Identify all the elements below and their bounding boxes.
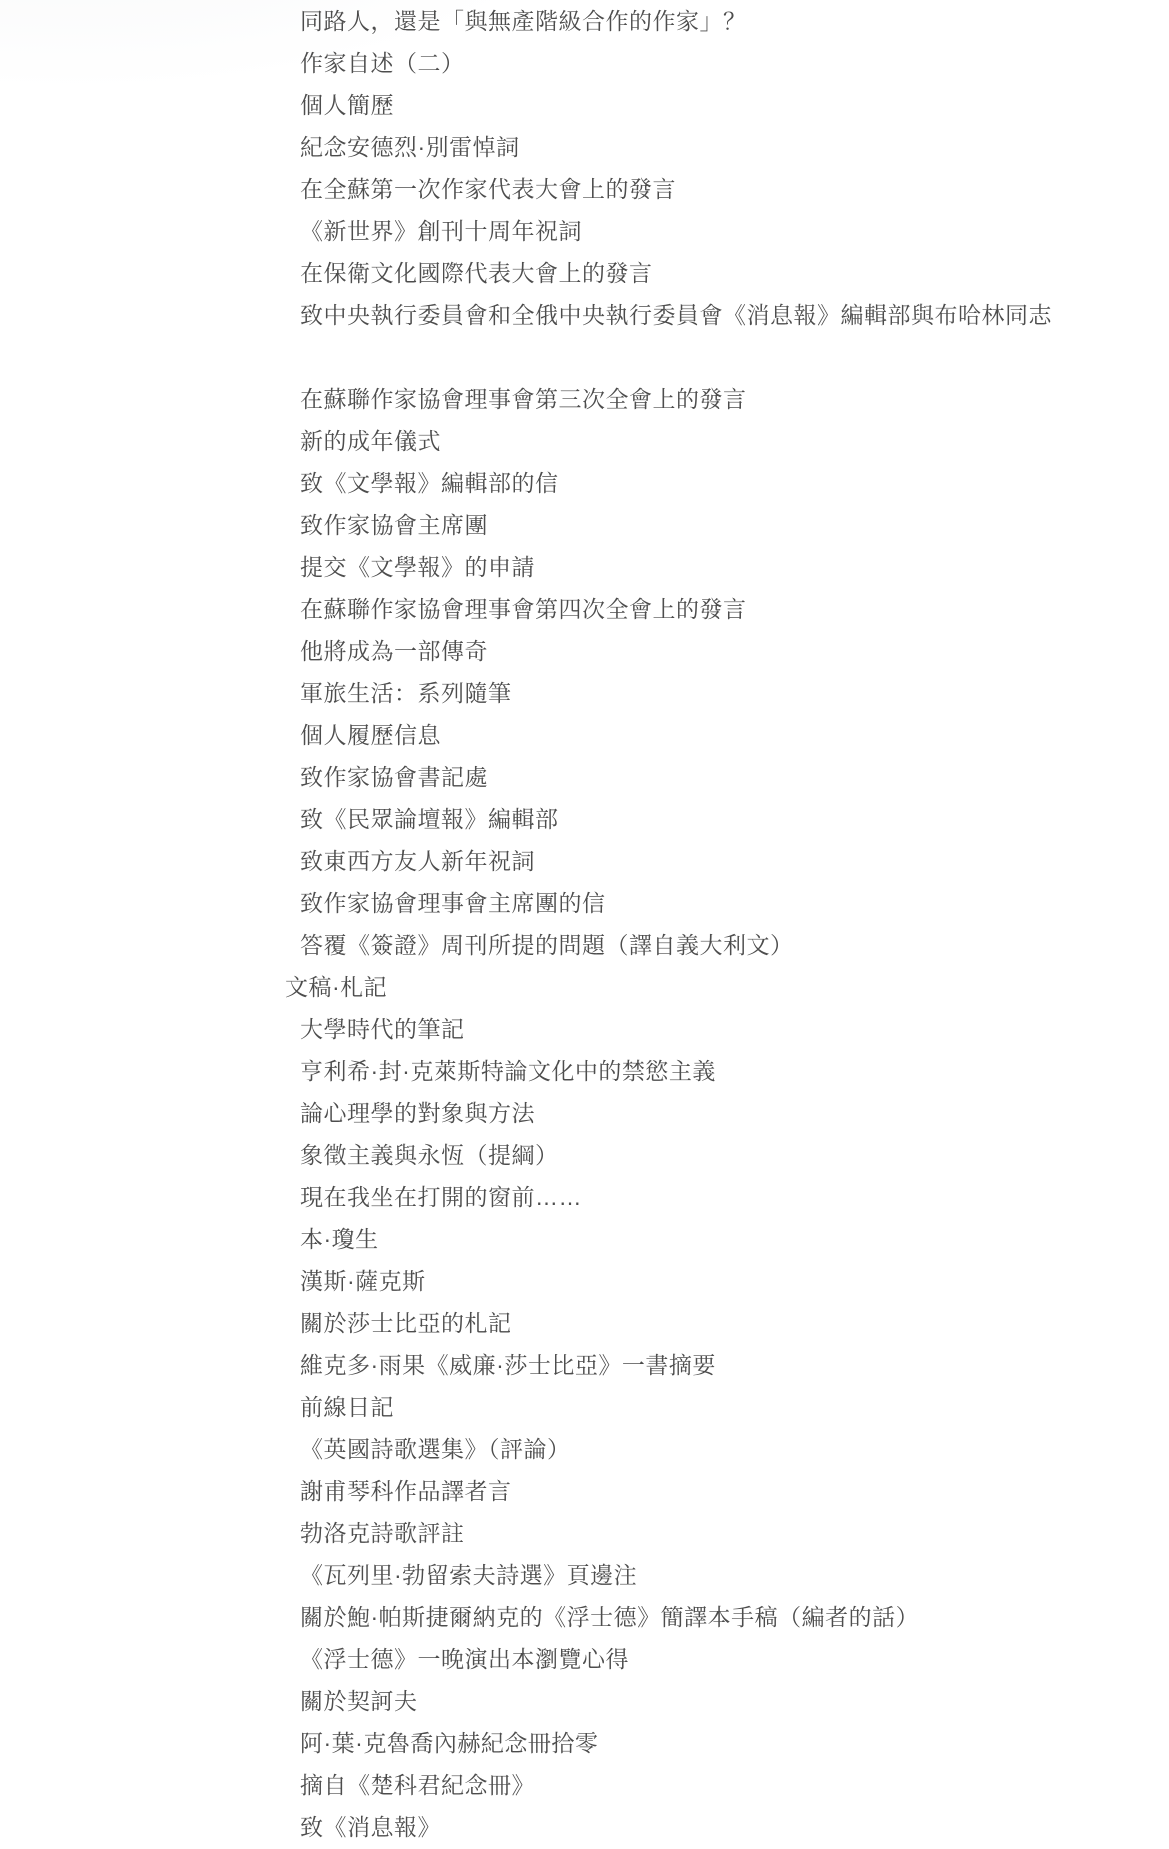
toc-item-label: 《浮士德》一晚演出本瀏覽心得 bbox=[300, 1646, 629, 1672]
toc-item[interactable]: 致東西方友人新年祝詞 bbox=[285, 840, 1145, 882]
toc-item[interactable]: 關於鮑·帕斯捷爾納克的《浮士德》簡譯本手稿（編者的話） bbox=[285, 1596, 1145, 1638]
toc-section-header-label: 文稿·札記 bbox=[285, 974, 387, 1000]
toc-item[interactable]: 亨利希·封·克萊斯特論文化中的禁慾主義 bbox=[285, 1050, 1145, 1092]
toc-item-label: 關於契訶夫 bbox=[300, 1688, 418, 1714]
toc-item-label: 《瓦列里·勃留索夫詩選》頁邊注 bbox=[300, 1562, 637, 1588]
toc-item-label: 阿·葉·克魯喬內赫紀念冊拾零 bbox=[300, 1730, 598, 1756]
toc-item-label: 致作家協會書記處 bbox=[300, 764, 488, 790]
toc-item-label: 亨利希·封·克萊斯特論文化中的禁慾主義 bbox=[300, 1058, 716, 1084]
toc-item[interactable]: 《瓦列里·勃留索夫詩選》頁邊注 bbox=[285, 1554, 1145, 1596]
toc-item-label: 致《民眾論壇報》編輯部 bbox=[300, 806, 559, 832]
toc-item[interactable]: 勃洛克詩歌評註 bbox=[285, 1512, 1145, 1554]
toc-item[interactable]: 關於莎士比亞的札記 bbox=[285, 1302, 1145, 1344]
toc-item-label: 前線日記 bbox=[300, 1394, 394, 1420]
toc-section-header[interactable]: 文稿·札記 bbox=[285, 966, 1145, 1008]
toc-item-label: 漢斯·薩克斯 bbox=[300, 1268, 426, 1294]
toc-item[interactable]: 新的成年儀式 bbox=[285, 420, 1145, 462]
toc-item-label: 致作家協會理事會主席團的信 bbox=[300, 890, 606, 916]
toc-item[interactable]: 同路人，還是「與無產階級合作的作家」？ bbox=[285, 0, 1145, 42]
toc-item[interactable]: 致作家協會理事會主席團的信 bbox=[285, 882, 1145, 924]
toc-item-label: 《新世界》創刊十周年祝詞 bbox=[300, 218, 582, 244]
toc-item-label: 關於鮑·帕斯捷爾納克的《浮士德》簡譯本手稿（編者的話） bbox=[300, 1604, 919, 1630]
toc-item[interactable]: 致作家協會主席團 bbox=[285, 504, 1145, 546]
toc-item-label: 致中央執行委員會和全俄中央執行委員會《消息報》編輯部與布哈林同志 bbox=[300, 302, 1052, 328]
toc-item[interactable]: 在保衛文化國際代表大會上的發言 bbox=[285, 252, 1145, 294]
toc-item-label: 作家自述（二） bbox=[300, 50, 465, 76]
toc-item[interactable]: 個人履歷信息 bbox=[285, 714, 1145, 756]
toc-item-label: 在蘇聯作家協會理事會第四次全會上的發言 bbox=[300, 596, 747, 622]
toc-item-label: 個人履歷信息 bbox=[300, 722, 441, 748]
toc-item[interactable]: 現在我坐在打開的窗前…… bbox=[285, 1176, 1145, 1218]
toc-item-label: 勃洛克詩歌評註 bbox=[300, 1520, 465, 1546]
toc-item-label: 論心理學的對象與方法 bbox=[300, 1100, 535, 1126]
toc-item-label: 同路人，還是「與無產階級合作的作家」？ bbox=[300, 8, 747, 34]
toc-item[interactable]: 《英國詩歌選集》（評論） bbox=[285, 1428, 1145, 1470]
toc-item[interactable]: 象徵主義與永恆（提綱） bbox=[285, 1134, 1145, 1176]
toc-item-label: 在蘇聯作家協會理事會第三次全會上的發言 bbox=[300, 386, 747, 412]
toc-item[interactable]: 謝甫琴科作品譯者言 bbox=[285, 1470, 1145, 1512]
toc-item[interactable]: 致作家協會書記處 bbox=[285, 756, 1145, 798]
toc-item-label: 致《文學報》編輯部的信 bbox=[300, 470, 559, 496]
toc-item[interactable]: 在蘇聯作家協會理事會第四次全會上的發言 bbox=[285, 588, 1145, 630]
toc-item[interactable]: 論心理學的對象與方法 bbox=[285, 1092, 1145, 1134]
toc-item-label: 大學時代的筆記 bbox=[300, 1016, 465, 1042]
toc-item[interactable]: 軍旅生活：系列隨筆 bbox=[285, 672, 1145, 714]
toc-item-label: 現在我坐在打開的窗前…… bbox=[300, 1184, 582, 1210]
toc-item[interactable]: 摘自《楚科君紀念冊》 bbox=[285, 1764, 1145, 1806]
toc-item[interactable]: 答覆《簽證》周刊所提的問題（譯自義大利文） bbox=[285, 924, 1145, 966]
toc-item[interactable]: 致《消息報》 bbox=[285, 1806, 1145, 1848]
toc-item[interactable]: 他將成為一部傳奇 bbox=[285, 630, 1145, 672]
toc-item[interactable]: 前線日記 bbox=[285, 1386, 1145, 1428]
toc-item-label: 摘自《楚科君紀念冊》 bbox=[300, 1772, 535, 1798]
toc-item-label: 《英國詩歌選集》（評論） bbox=[300, 1436, 571, 1462]
toc-item-label: 致作家協會主席團 bbox=[300, 512, 488, 538]
toc-item-label: 提交《文學報》的申請 bbox=[300, 554, 535, 580]
toc-item-label: 謝甫琴科作品譯者言 bbox=[300, 1478, 512, 1504]
toc-item[interactable]: 本·瓊生 bbox=[285, 1218, 1145, 1260]
toc-item-label: 新的成年儀式 bbox=[300, 428, 441, 454]
toc-item-label: 致東西方友人新年祝詞 bbox=[300, 848, 535, 874]
toc-item[interactable]: 紀念安德烈·別雷悼詞 bbox=[285, 126, 1145, 168]
toc-item-label: 維克多·雨果《威廉·莎士比亞》一書摘要 bbox=[300, 1352, 716, 1378]
toc-item[interactable]: 大學時代的筆記 bbox=[285, 1008, 1145, 1050]
toc-item-label: 致《消息報》 bbox=[300, 1814, 441, 1840]
toc-item-label: 象徵主義與永恆（提綱） bbox=[300, 1142, 559, 1168]
toc-item[interactable]: 關於契訶夫 bbox=[285, 1680, 1145, 1722]
toc-item[interactable]: 致《文學報》編輯部的信 bbox=[285, 462, 1145, 504]
toc-item[interactable]: 在全蘇第一次作家代表大會上的發言 bbox=[285, 168, 1145, 210]
toc-item[interactable]: 維克多·雨果《威廉·莎士比亞》一書摘要 bbox=[285, 1344, 1145, 1386]
toc-item-label: 他將成為一部傳奇 bbox=[300, 638, 488, 664]
toc-item[interactable]: 《新世界》創刊十周年祝詞 bbox=[285, 210, 1145, 252]
toc-item-label: 軍旅生活：系列隨筆 bbox=[300, 680, 512, 706]
toc-item-label: 紀念安德烈·別雷悼詞 bbox=[300, 134, 520, 160]
toc-item[interactable]: 阿·葉·克魯喬內赫紀念冊拾零 bbox=[285, 1722, 1145, 1764]
toc-item[interactable]: 《浮士德》一晚演出本瀏覽心得 bbox=[285, 1638, 1145, 1680]
toc-item[interactable]: 在蘇聯作家協會理事會第三次全會上的發言 bbox=[285, 378, 1145, 420]
toc-item-label: 本·瓊生 bbox=[300, 1226, 379, 1252]
toc-blank-spacer bbox=[285, 336, 1145, 378]
toc-item[interactable]: 提交《文學報》的申請 bbox=[285, 546, 1145, 588]
toc-item-label: 在保衛文化國際代表大會上的發言 bbox=[300, 260, 653, 286]
table-of-contents: 同路人，還是「與無產階級合作的作家」？ 作家自述（二） 個人簡歷 紀念安德烈·別… bbox=[285, 0, 1145, 1848]
toc-item[interactable]: 個人簡歷 bbox=[285, 84, 1145, 126]
toc-item-label: 個人簡歷 bbox=[300, 92, 394, 118]
toc-item[interactable]: 致《民眾論壇報》編輯部 bbox=[285, 798, 1145, 840]
toc-item[interactable]: 致中央執行委員會和全俄中央執行委員會《消息報》編輯部與布哈林同志 bbox=[285, 294, 1145, 336]
toc-item-label: 在全蘇第一次作家代表大會上的發言 bbox=[300, 176, 676, 202]
toc-item[interactable]: 作家自述（二） bbox=[285, 42, 1145, 84]
toc-item[interactable]: 漢斯·薩克斯 bbox=[285, 1260, 1145, 1302]
toc-item-label: 關於莎士比亞的札記 bbox=[300, 1310, 512, 1336]
toc-item-label: 答覆《簽證》周刊所提的問題（譯自義大利文） bbox=[300, 932, 794, 958]
